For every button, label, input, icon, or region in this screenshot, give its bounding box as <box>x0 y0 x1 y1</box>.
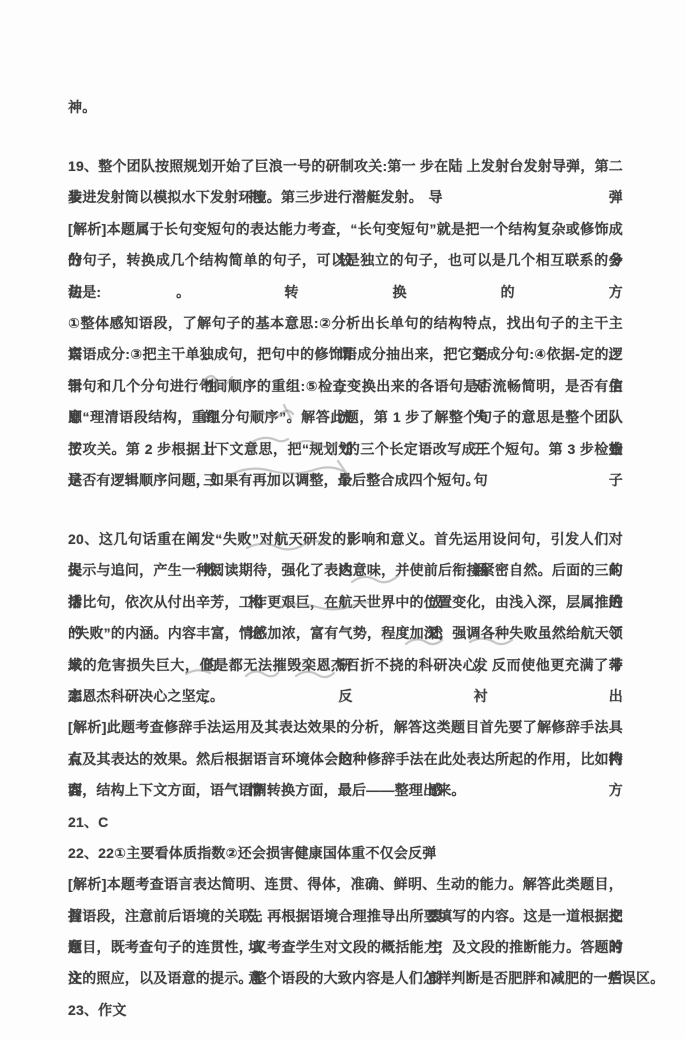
text-line: 20、这几句话重在阐发“失败”对航天研发的影响和意义。首先运用设问句，引发人们对… <box>68 524 623 555</box>
text-line: ①整体感知语段，了解句子的基本意思:②分析出长单句的结构特点，找出句子的主干主语… <box>68 308 623 339</box>
text-line: 排比句，依次从付出辛芳，工作更艰巨，在航天世界中的位置变化，由浅入深，层属推进的… <box>68 587 623 618</box>
paragraph-q20-to-q23: 20、这几句话重在阐发“失败”对航天研发的影响和意义。首先运用设问句，引发人们对… <box>68 524 623 1026</box>
text-line: 握语段，注意前后语境的关联。再根据语境合理推导出所要填写的内容。这是一道根据文意… <box>68 901 623 932</box>
text-line: 提示与追问，产生一种阅读期待，强化了表达意味，并使前后衔接紧密自然。后面的三句话… <box>68 555 623 586</box>
text-line: 了攻关。第 2 步根据上下文意思，把“规划”的三个长定语改写成三个短句。第 3 … <box>68 434 623 465</box>
text-line: “失败”的内涵。内容丰富，情感加浓，富有气势，程度加深；强调各种失败虽然给航天领… <box>68 618 623 649</box>
text-line: 宾语成分:③把主干单独成句，把句中的修饰语成分抽出来，把它变成分句:④依据-定的… <box>68 339 623 370</box>
text-line: 神。 <box>68 92 623 123</box>
text-line: [解析]本题属于长句变短句的表达能力考查，“长句变短句”就是把一个结构复杂或修饰… <box>68 214 623 245</box>
text-line: 干句和几个分句进行句间顺序的重组:⑤检查变换出来的各语句是否流畅简明，是否有信息… <box>68 371 623 402</box>
text-line: 题目，既考查句子的连贯性，又考查学生对文段的概括能力，及文段的推断能力。答题时注… <box>68 932 623 963</box>
text-line: 19、整个团队按照规划开始了巨浪一号的研制攻关:第一 步在陆 上发射台发射导弹，… <box>68 151 623 182</box>
text-line: 即“理清语段结构，重组分句顺序”。解答此题，第 1 步了解整个句子的意思是整个团… <box>68 402 623 433</box>
text-line: 22、22①主要看体质指数②还会损害健康国体重不仅会反弹 <box>68 838 623 869</box>
paragraph-carryover: 神。 <box>68 92 623 123</box>
text-line: 点及其表达的效果。然后根据语言环境体会这种修辞手法在此处表达所起的作用，比如内容… <box>68 744 623 775</box>
text-line: 23、作文 <box>68 995 623 1026</box>
text-line: 21、C <box>68 807 623 838</box>
document-page: 神。 19、整个团队按照规划开始了巨浪一号的研制攻关:第一 步在陆 上发射台发射… <box>0 0 685 1039</box>
text-line: 文的照应，以及语意的提示。整个语段的大致内容是人们怎样判断是否肥胖和减肥的一些误… <box>68 963 623 994</box>
text-line: 来的危害损失巨大，但是都无法摧毁栾恩杰百折不挠的科研决心，反而使他更充满了斗志，… <box>68 650 623 681</box>
paragraph-q19: 19、整个团队按照规划开始了巨浪一号的研制攻关:第一 步在陆 上发射台发射导弹，… <box>68 151 623 496</box>
text-line: [解析]本题考查语言表达简明、连贯、得体，准确、鲜明、生动的能力。解答此类题目，… <box>68 869 623 900</box>
text-line: 的句子，转换成几个结构简单的句子，可以是独立的句子，也可以是几个相互联系的分句。… <box>68 245 623 276</box>
text-line: [解析]此题考查修辞手法运用及其表达效果的分析，解答这类题目首先要了解修辞手法具… <box>68 712 623 743</box>
